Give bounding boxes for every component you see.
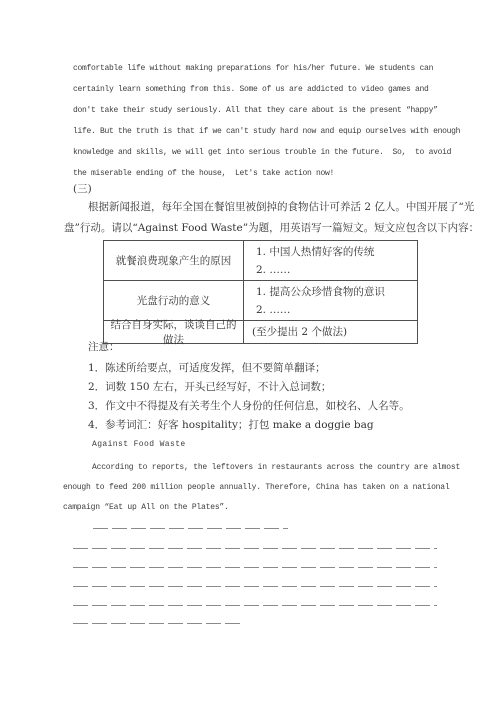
task-prompt-line: 盘”行动。请以“Against Food Waste”为题，用英语写一篇短文。短… [64,218,450,239]
scanned-exam-page: comfortable life without making preparat… [0,0,500,707]
essay-body-line: comfortable life without making preparat… [73,58,460,79]
opening-line: campaign “Eat up All on the Plates”. [63,498,460,518]
essay-opening-paragraph: According to reports, the leftovers in r… [63,458,460,518]
task-prompt-paragraph: 根据新闻报道，每年全国在餐馆里被倒掉的食物估计可养活 2 亿人。中国开展了“光 … [64,197,450,239]
table-point: 1. 中国人热情好客的传统 [256,243,417,261]
table-cell-topic: 光盘行动的意义 [104,281,244,320]
table-cell-points: 1. 中国人热情好客的传统 2. …… [244,241,417,280]
note-item: 4．参考词汇：好客 hospitality；打包 make a doggie b… [88,416,410,435]
writing-line [73,586,437,587]
essay-body-paragraph: comfortable life without making preparat… [73,58,460,184]
essay-body-line: don't take their study seriously. All th… [73,100,460,121]
table-point: 2. …… [256,301,417,319]
table-cell-topic: 就餐浪费现象产生的原因 [104,241,244,280]
note-item: 2．词数 150 左右，开头已经写好，不计入总词数； [88,378,410,397]
writing-line [73,548,437,549]
writing-line [73,623,242,624]
section-marker: (三) [73,182,92,196]
table-row: 就餐浪费现象产生的原因 1. 中国人热情好客的传统 2. …… [104,241,417,280]
notes-heading: 注意： [88,338,410,357]
table-point: 1. 提高公众珍惜食物的意识 [256,283,417,301]
table-row: 光盘行动的意义 1. 提高公众珍惜食物的意识 2. …… [104,280,417,320]
writing-line [73,567,437,568]
essay-body-line: knowledge and skills, we will get into s… [73,142,460,163]
writing-line [93,528,288,529]
opening-line: According to reports, the leftovers in r… [63,458,460,478]
essay-body-line: certainly learn something from this. Som… [73,79,460,100]
task-prompt-line: 根据新闻报道，每年全国在餐馆里被倒掉的食物估计可养活 2 亿人。中国开展了“光 [64,197,450,218]
table-cell-points: 1. 提高公众珍惜食物的意识 2. …… [244,281,417,320]
note-item: 1．陈述所给要点，可适度发挥，但不要简单翻译； [88,359,410,378]
notes-section: 注意： 1．陈述所给要点，可适度发挥，但不要简单翻译； 2．词数 150 左右，… [88,338,410,435]
note-item: 3．作文中不得提及有关考生个人身份的任何信息，如校名、人名等。 [88,397,410,416]
requirements-table: 就餐浪费现象产生的原因 1. 中国人热情好客的传统 2. …… 光盘行动的意义 … [103,240,418,344]
essay-body-line: life. But the truth is that if we can't … [73,121,460,142]
essay-title: Against Food Waste [92,438,186,452]
writing-line [73,605,437,606]
opening-line: enough to feed 200 million people annual… [63,478,460,498]
table-point: 2. …… [256,261,417,279]
essay-body-line: the miserable ending of the house, Let's… [73,163,460,184]
